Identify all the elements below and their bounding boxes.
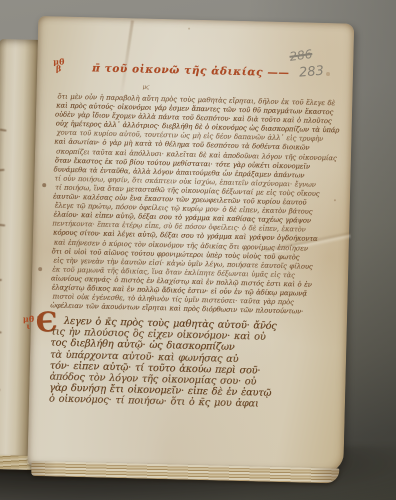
- chapter-number-margin: μθ̄ β: [53, 58, 65, 72]
- bleed-through-mark: [0, 129, 7, 132]
- crossed-out-folio-number: 286: [289, 47, 314, 64]
- commentary-text-block: ὅτι μὲν οὖν ἡ παραβολὴ αὕτη πρὸς τοὺς μα…: [51, 92, 350, 317]
- interlinear-mark: μϛ: [143, 85, 150, 91]
- parchment-crease: [120, 20, 134, 98]
- manuscript-photo: 286 283 μθ̄ β π̄ τοῦ οἰκονῶ τῆς ἀδικίας …: [0, 0, 396, 500]
- bleed-through-mark: [0, 331, 2, 334]
- foxing-specks: [38, 16, 40, 18]
- codex-book: 286 283 μθ̄ β π̄ τοῦ οἰκονῶ τῆς ἀδικίας …: [0, 9, 364, 486]
- bleed-through-mark: [0, 224, 5, 227]
- lection-number-margin: μθ̄ ι: [23, 316, 35, 330]
- gospel-lection-block: λεγεν ὁ κ̄ς πρὸς τοὺς μαθητὰς αὐτοῦ· ἄν̄…: [49, 315, 301, 411]
- bleed-through-mark: [0, 279, 2, 281]
- manuscript-page: 286 283 μθ̄ β π̄ τοῦ οἰκονῶ τῆς ἀδικίας …: [27, 16, 354, 474]
- bleed-through-mark: [0, 169, 5, 172]
- rubricated-title: π̄ τοῦ οἰκονῶ τῆς ἀδικίας ——: [92, 62, 322, 80]
